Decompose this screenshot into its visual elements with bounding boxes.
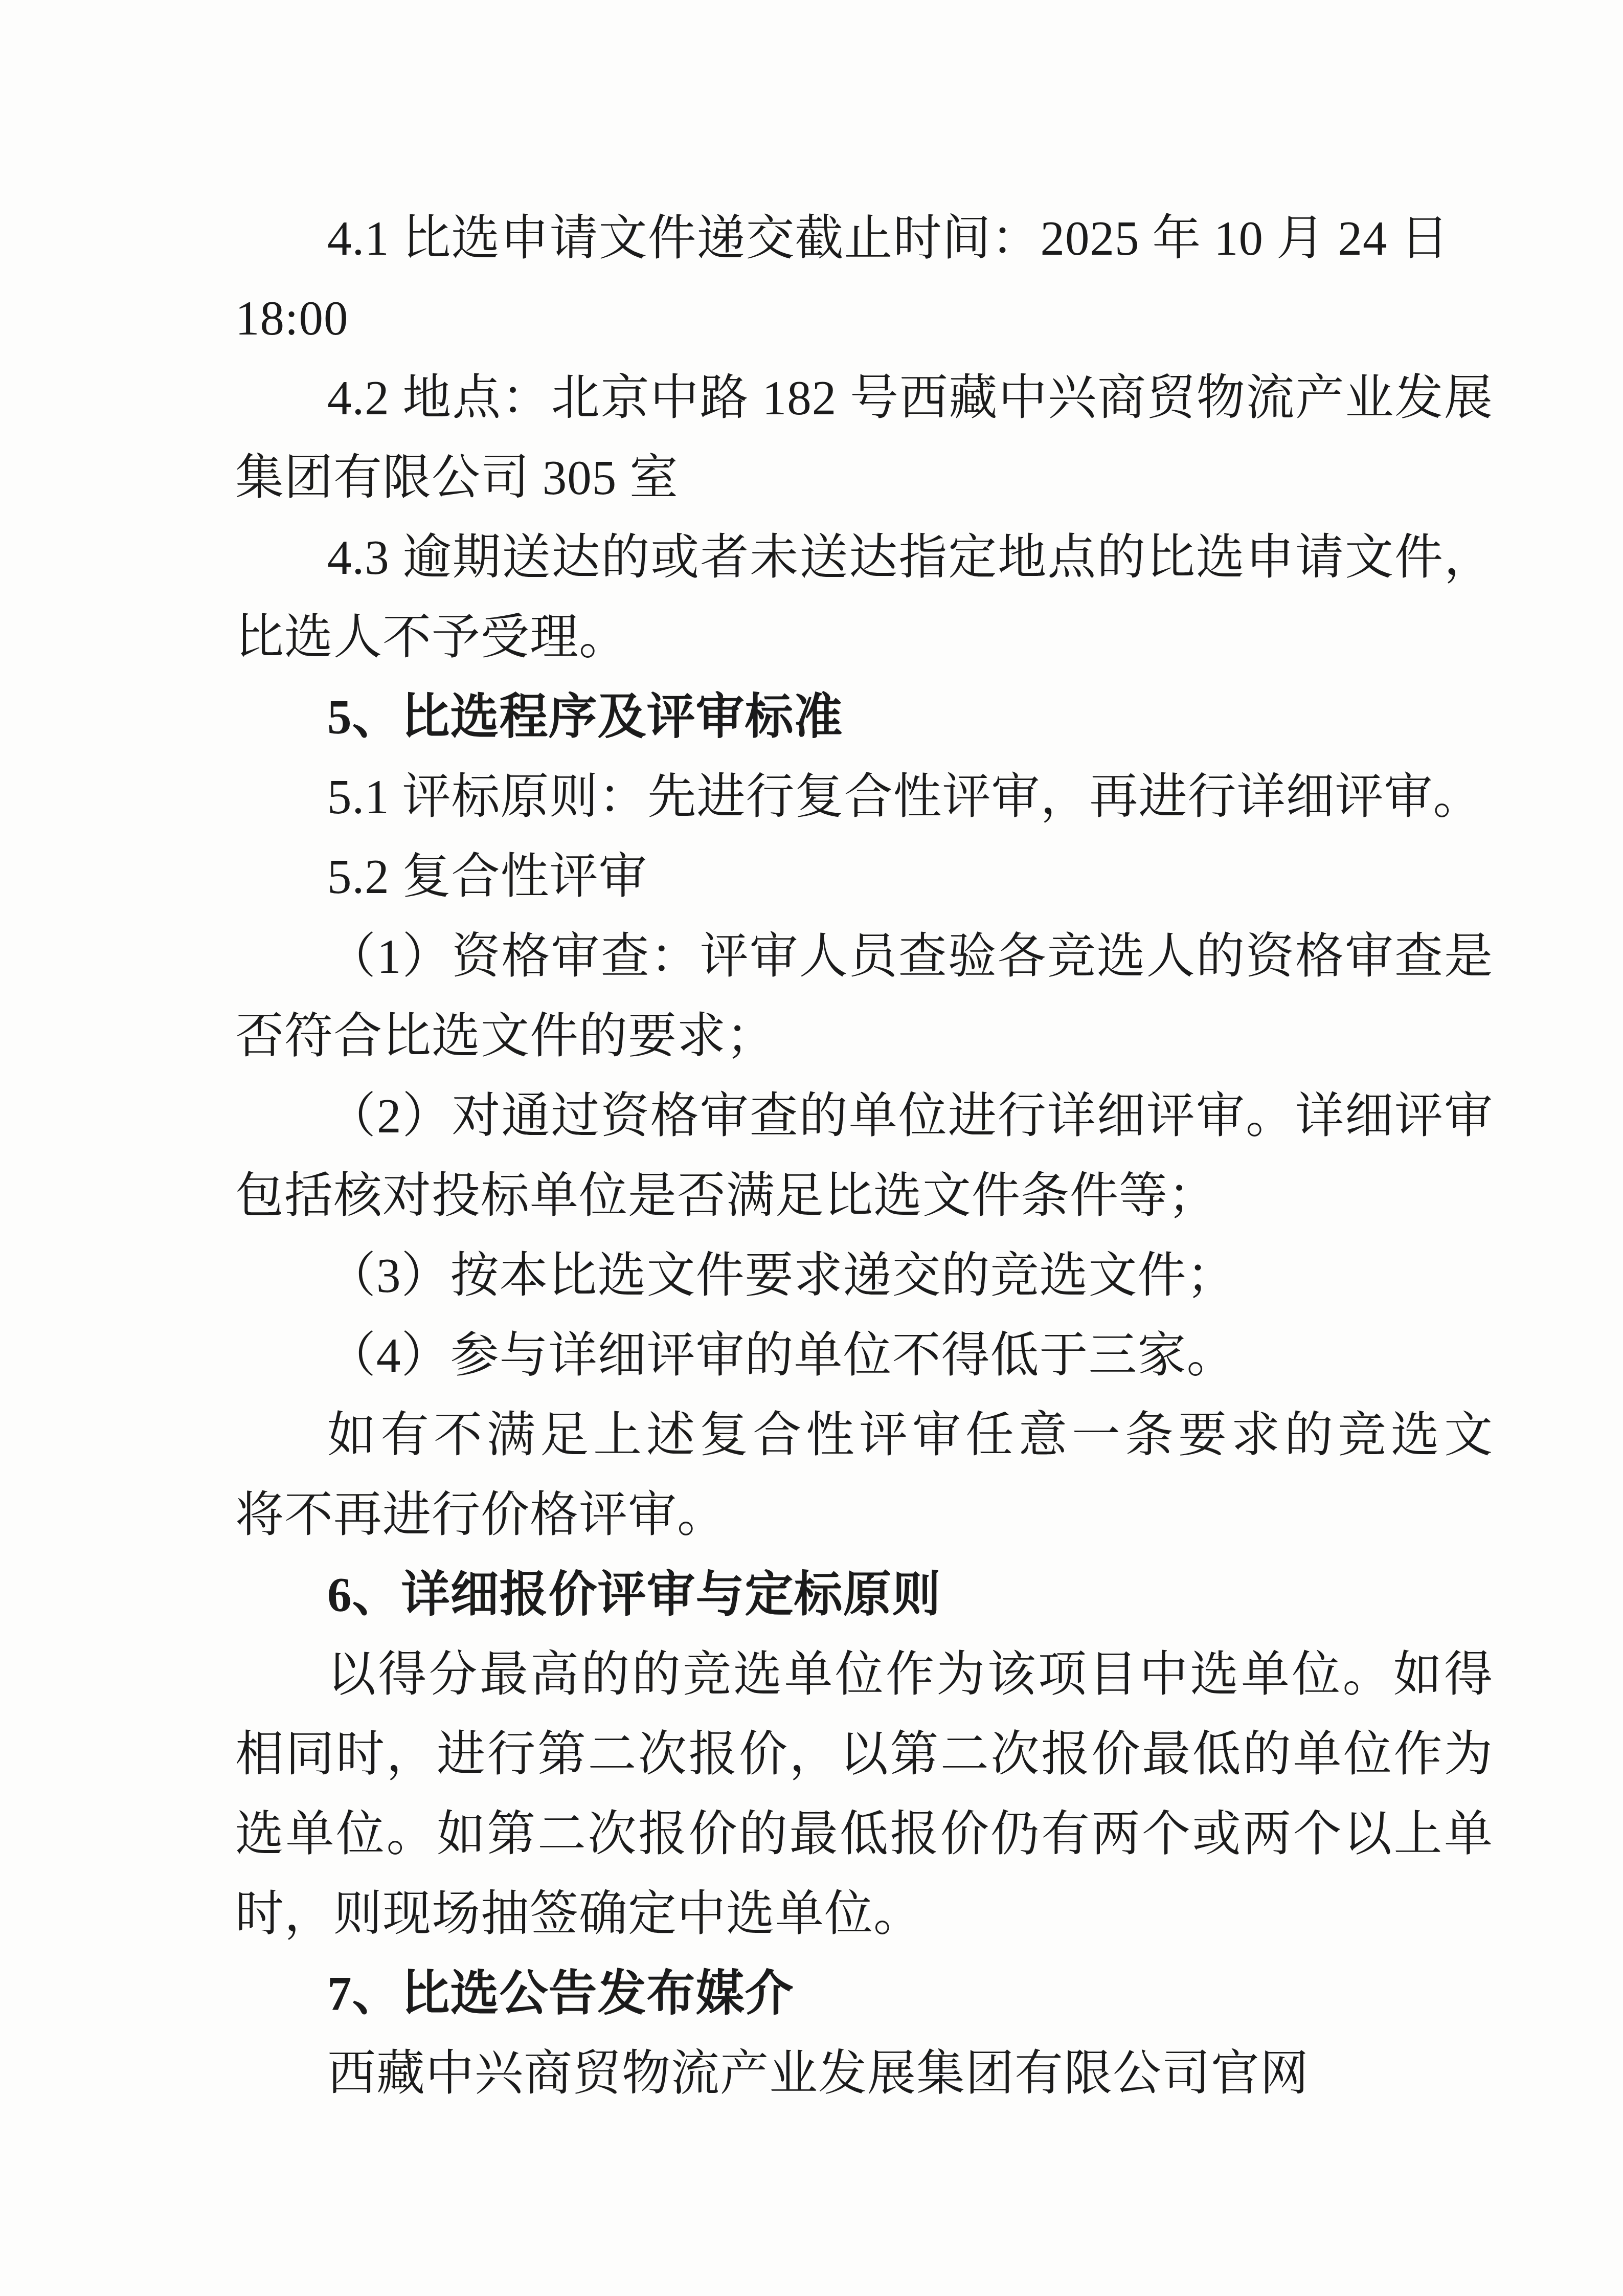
line-item-3-submission: （3）按本比选文件要求递交的竞选文件； bbox=[327, 1236, 1493, 1316]
line-item-2-detailed-review: （2）对通过资格审查的单位进行详细评审。详细评审 bbox=[327, 1076, 1493, 1156]
line-6-body-1: 以得分最高的的竞选单位作为该项目中选单位。如得分 bbox=[327, 1635, 1493, 1714]
line-note-unsatisfied: 如有不满足上述复合性评审任意一条要求的竞选文件， bbox=[327, 1395, 1493, 1475]
line-4-2-location-cont: 集团有限公司 305 室 bbox=[235, 438, 1493, 518]
line-item-4-min-three: （4）参与详细评审的单位不得低于三家。 bbox=[327, 1316, 1493, 1395]
line-6-body-2: 相同时，进行第二次报价，以第二次报价最低的单位作为中 bbox=[235, 1714, 1493, 1794]
heading-6-award-principle: 6、详细报价评审与定标原则 bbox=[327, 1555, 1493, 1635]
line-4-3-cont: 比选人不予受理。 bbox=[235, 597, 1493, 677]
line-6-body-3: 选单位。如第二次报价的最低报价仍有两个或两个以上单位 bbox=[235, 1794, 1493, 1874]
line-5-2-compound-review: 5.2 复合性评审 bbox=[327, 837, 1493, 917]
heading-5-procedure: 5、比选程序及评审标准 bbox=[327, 677, 1493, 757]
line-7-official-website: 西藏中兴商贸物流产业发展集团有限公司官网 bbox=[327, 2034, 1493, 2113]
line-4-1-deadline: 4.1 比选申请文件递交截止时间：2025 年 10 月 24 日 bbox=[327, 198, 1493, 278]
line-item-1-qualification: （1）资格审查：评审人员查验各竞选人的资格审查是 bbox=[327, 917, 1493, 996]
line-item-1-cont: 否符合比选文件的要求； bbox=[235, 996, 1493, 1076]
line-5-1-principle: 5.1 评标原则：先进行复合性评审，再进行详细评审。 bbox=[327, 757, 1493, 837]
line-6-body-4: 时，则现场抽签确定中选单位。 bbox=[235, 1874, 1493, 1954]
line-item-2-cont: 包括核对投标单位是否满足比选文件条件等； bbox=[235, 1156, 1493, 1236]
document-page: 4.1 比选申请文件递交截止时间：2025 年 10 月 24 日 18:00 … bbox=[0, 0, 1623, 2296]
line-note-cont: 将不再进行价格评审。 bbox=[235, 1475, 1493, 1555]
line-4-3-late-delivery: 4.3 逾期送达的或者未送达指定地点的比选申请文件， bbox=[327, 518, 1493, 597]
line-4-1-time-cont: 18:00 bbox=[235, 278, 1493, 358]
document-text-block: 4.1 比选申请文件递交截止时间：2025 年 10 月 24 日 18:00 … bbox=[235, 198, 1493, 2113]
line-4-2-location: 4.2 地点：北京中路 182 号西藏中兴商贸物流产业发展 bbox=[327, 358, 1493, 438]
heading-7-announcement-media: 7、比选公告发布媒介 bbox=[327, 1954, 1493, 2034]
